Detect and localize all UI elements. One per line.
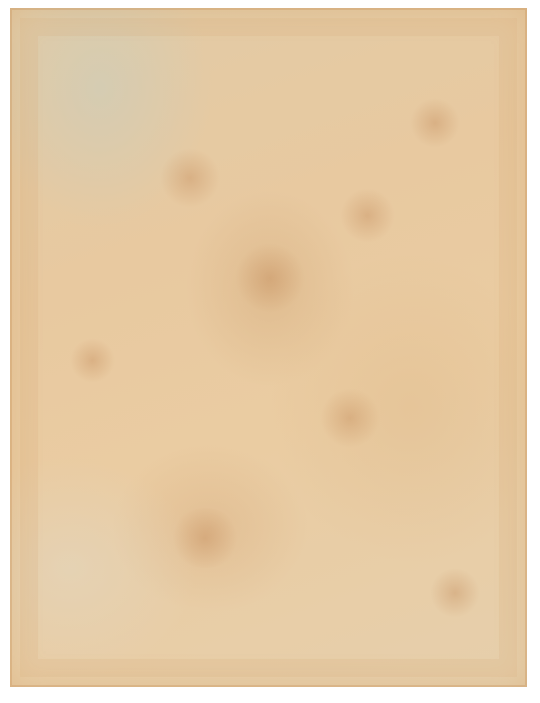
floral-motif — [430, 568, 480, 618]
rug-photo: Faded vintage area rug with allover flor… — [10, 8, 527, 687]
floral-motif — [340, 188, 395, 243]
floral-motif — [160, 148, 220, 208]
floral-motif — [170, 508, 240, 568]
floral-motif — [320, 388, 380, 448]
rug-medallion — [235, 243, 305, 313]
floral-motif — [70, 338, 115, 383]
floral-motif — [410, 98, 460, 148]
